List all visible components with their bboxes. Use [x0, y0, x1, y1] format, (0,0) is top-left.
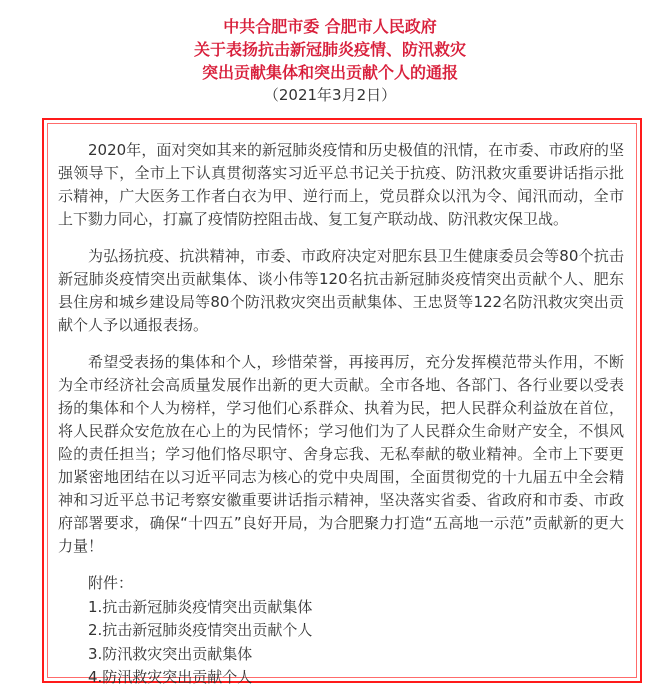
paragraph-background: 2020年，面对突如其来的新冠肺炎疫情和历史极值的汛情，在市委、市政府的坚强领导…	[58, 139, 624, 231]
title-line-subject-cont: 突出贡献集体和突出贡献个人的通报	[0, 61, 660, 84]
attachment-item: 3.防汛救灾突出贡献集体	[88, 643, 624, 667]
document-body: 2020年，面对突如其来的新冠肺炎疫情和历史极值的汛情，在市委、市政府的坚强领导…	[58, 139, 624, 690]
attachment-item: 2.抗击新冠肺炎疫情突出贡献个人	[88, 619, 624, 643]
attachment-item: 4.防汛救灾突出贡献个人	[88, 666, 624, 690]
document-header: 中共合肥市委 合肥市人民政府 关于表扬抗击新冠肺炎疫情、防汛救灾 突出贡献集体和…	[0, 15, 660, 107]
paragraph-expectation: 希望受表扬的集体和个人，珍惜荣誉，再接再厉，充分发挥模范带头作用，不断为全市经济…	[58, 351, 624, 558]
content-frame: 2020年，面对突如其来的新冠肺炎疫情和历史极值的汛情，在市委、市政府的坚强领导…	[42, 118, 642, 683]
attachments-label: 附件：	[88, 572, 624, 596]
document-date: （2021年3月2日）	[0, 84, 660, 107]
title-line-subject: 关于表扬抗击新冠肺炎疫情、防汛救灾	[0, 38, 660, 61]
attachment-item: 1.抗击新冠肺炎疫情突出贡献集体	[88, 596, 624, 620]
attachments-list: 附件： 1.抗击新冠肺炎疫情突出贡献集体 2.抗击新冠肺炎疫情突出贡献个人 3.…	[58, 572, 624, 690]
paragraph-commendation: 为弘扬抗疫、抗洪精神，市委、市政府决定对肥东县卫生健康委员会等80个抗击新冠肺炎…	[58, 245, 624, 337]
title-line-issuer: 中共合肥市委 合肥市人民政府	[0, 15, 660, 38]
